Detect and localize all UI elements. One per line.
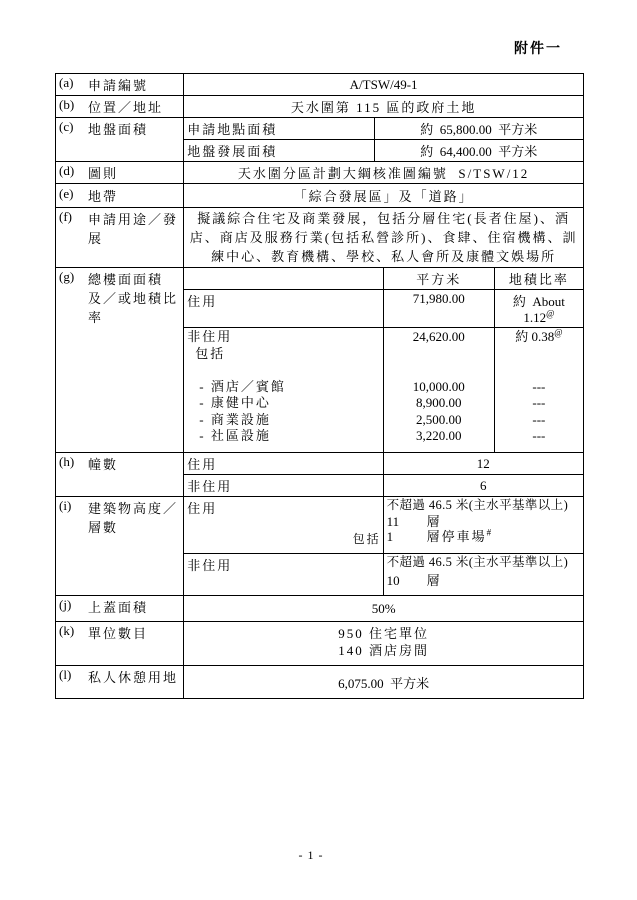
height-nondomestic-limit: 不超過 46.5 米(主水平基準以上) bbox=[387, 555, 580, 571]
row-j: (j)上蓋面積 50% bbox=[56, 596, 584, 622]
row-f-label-cell: (f)申請用途／發展 bbox=[56, 208, 184, 268]
row-label: 建築物高度／層數 bbox=[88, 498, 178, 536]
row-label: 總樓面面積及／或地積比率 bbox=[88, 269, 180, 326]
site-location: 天水圍第 115 區的政府土地 bbox=[184, 96, 584, 118]
row-key: (b) bbox=[59, 97, 88, 113]
gfa-plot-ratio-column-header: 地積比率 bbox=[494, 268, 583, 290]
annex-title: 附件一 bbox=[514, 38, 562, 58]
page-number: - 1 - bbox=[0, 848, 622, 863]
row-d: (d)圖則 天水圍分區計劃大綱核准圖編號 S/TSW/12 bbox=[56, 162, 584, 184]
row-c-label-cell: (c)地盤面積 bbox=[56, 118, 184, 162]
gfa-item-area: 2,500.00 bbox=[387, 412, 491, 429]
row-label: 單位數目 bbox=[88, 623, 148, 642]
gfa-item-plot-ratio: --- bbox=[498, 395, 580, 412]
gfa-nondomestic-label: 非住用 bbox=[187, 329, 379, 346]
height-domestic-label-cell: 住用 包括 bbox=[184, 497, 383, 554]
application-site-area-value: 約 65,800.00 平方米 bbox=[374, 118, 583, 140]
plan-reference: 天水圍分區計劃大綱核准圖編號 S/TSW/12 bbox=[184, 162, 584, 184]
row-label: 上蓋面積 bbox=[88, 597, 148, 616]
row-key: (l) bbox=[59, 667, 88, 683]
row-a-label-cell: (a)申請編號 bbox=[56, 74, 184, 96]
at-superscript: @ bbox=[554, 328, 562, 338]
including-label: 包括 bbox=[353, 530, 381, 547]
blocks-domestic-count: 12 bbox=[383, 453, 583, 475]
height-nondomestic-label: 非住用 bbox=[184, 554, 383, 596]
at-superscript: @ bbox=[546, 309, 554, 319]
unit-counts: 950 住宅單位 140 酒店房間 bbox=[184, 622, 584, 666]
row-key: (c) bbox=[59, 119, 88, 135]
proposed-use-line: 練中心、教育機構、學校、私人會所及康體文娛場所 bbox=[187, 247, 580, 266]
row-a: (a)申請編號 A/TSW/49-1 bbox=[56, 74, 584, 96]
height-domestic-carpark: 1層停車場# bbox=[387, 529, 580, 545]
row-e-label-cell: (e)地帶 bbox=[56, 184, 184, 208]
gfa-item-label: - 酒店／賓館 bbox=[187, 379, 379, 396]
row-label: 申請用途／發展 bbox=[88, 209, 180, 247]
row-e: (e)地帶 「綜合發展區」及「道路」 bbox=[56, 184, 584, 208]
including-label: 包括 bbox=[187, 346, 379, 363]
row-h-domestic: (h)幢數 住用 12 bbox=[56, 453, 584, 475]
site-development-area-label: 地盤發展面積 bbox=[184, 140, 374, 162]
row-key: (d) bbox=[59, 163, 88, 179]
gfa-item-plot-ratio: --- bbox=[498, 379, 580, 396]
row-label: 圖則 bbox=[88, 163, 118, 182]
row-label: 幢數 bbox=[88, 454, 118, 473]
height-domestic-storeys: 11層 bbox=[387, 514, 580, 530]
proposed-use-line: 擬議綜合住宅及商業發展，包括分層住宅(長者住屋)、酒 bbox=[187, 209, 580, 228]
gfa-domestic-area: 71,980.00 bbox=[383, 290, 494, 328]
gfa-item-area: 10,000.00 bbox=[387, 379, 491, 396]
gfa-item-area: 3,220.00 bbox=[387, 428, 491, 445]
private-open-space-value: 6,075.00 平方米 bbox=[184, 666, 584, 699]
row-j-label-cell: (j)上蓋面積 bbox=[56, 596, 184, 622]
row-key: (h) bbox=[59, 454, 88, 470]
row-i-label-cell: (i)建築物高度／層數 bbox=[56, 497, 184, 596]
gfa-item-plot-ratio: --- bbox=[498, 428, 580, 445]
site-coverage-value: 50% bbox=[184, 596, 584, 622]
flat-count: 950 住宅單位 bbox=[187, 623, 580, 642]
row-label: 地盤面積 bbox=[88, 119, 148, 138]
gfa-item-plot-ratio: --- bbox=[498, 412, 580, 429]
gfa-nondomestic-plot-ratio: 約 0.38@ bbox=[498, 329, 580, 346]
blocks-nondomestic-count: 6 bbox=[383, 475, 583, 497]
application-number: A/TSW/49-1 bbox=[184, 74, 584, 96]
row-f: (f)申請用途／發展 擬議綜合住宅及商業發展，包括分層住宅(長者住屋)、酒 店、… bbox=[56, 208, 584, 268]
row-label: 私人休憩用地 bbox=[88, 667, 178, 686]
row-k-label-cell: (k)單位數目 bbox=[56, 622, 184, 666]
gfa-blank-header bbox=[184, 268, 383, 290]
row-key: (g) bbox=[59, 269, 88, 285]
row-l: (l)私人休憩用地 6,075.00 平方米 bbox=[56, 666, 584, 699]
row-label: 地帶 bbox=[88, 186, 118, 205]
gfa-item-label: - 康健中心 bbox=[187, 395, 379, 412]
row-g-label-cell: (g)總樓面面積及／或地積比率 bbox=[56, 268, 184, 453]
site-development-area-value: 約 64,400.00 平方米 bbox=[374, 140, 583, 162]
row-key: (e) bbox=[59, 186, 88, 202]
gfa-domestic-label: 住用 bbox=[184, 290, 383, 328]
gfa-domestic-plot-ratio: 約 About 1.12@ bbox=[494, 290, 583, 328]
gfa-nondomestic-plot-ratios: 約 0.38@ --- --- --- --- bbox=[494, 328, 583, 453]
blocks-domestic-label: 住用 bbox=[184, 453, 383, 475]
height-nondomestic-storeys: 10層 bbox=[387, 571, 580, 590]
height-domestic-label: 住用 bbox=[187, 501, 217, 516]
row-i-domestic: (i)建築物高度／層數 住用 包括 不超過 46.5 米(主水平基準以上) 11… bbox=[56, 497, 584, 554]
gfa-item-label: - 社區設施 bbox=[187, 428, 379, 445]
application-site-area-label: 申請地點面積 bbox=[184, 118, 374, 140]
gfa-item-area: 8,900.00 bbox=[387, 395, 491, 412]
gfa-nondomestic-areas: 24,620.00 10,000.00 8,900.00 2,500.00 3,… bbox=[383, 328, 494, 453]
row-key: (f) bbox=[59, 209, 88, 225]
row-label: 位置／地址 bbox=[88, 97, 163, 116]
height-nondomestic-value: 不超過 46.5 米(主水平基準以上) 10層 bbox=[383, 554, 583, 596]
row-d-label-cell: (d)圖則 bbox=[56, 162, 184, 184]
hotel-room-count: 140 酒店房間 bbox=[187, 642, 580, 659]
row-l-label-cell: (l)私人休憩用地 bbox=[56, 666, 184, 699]
row-c-sub1: (c)地盤面積 申請地點面積 約 65,800.00 平方米 bbox=[56, 118, 584, 140]
application-details-table: (a)申請編號 A/TSW/49-1 (b)位置／地址 天水圍第 115 區的政… bbox=[55, 73, 584, 699]
row-label: 申請編號 bbox=[88, 75, 148, 94]
gfa-nondomestic-area: 24,620.00 bbox=[387, 329, 491, 346]
hash-superscript: # bbox=[487, 528, 492, 538]
row-h-label-cell: (h)幢數 bbox=[56, 453, 184, 497]
proposed-use: 擬議綜合住宅及商業發展，包括分層住宅(長者住屋)、酒 店、商店及服務行業(包括私… bbox=[184, 208, 584, 268]
row-key: (i) bbox=[59, 498, 88, 514]
row-b: (b)位置／地址 天水圍第 115 區的政府土地 bbox=[56, 96, 584, 118]
gfa-nondomestic-labels: 非住用 包括 - 酒店／賓館 - 康健中心 - 商業設施 - 社區設施 bbox=[184, 328, 383, 453]
gfa-area-column-header: 平方米 bbox=[383, 268, 494, 290]
row-g-header: (g)總樓面面積及／或地積比率 平方米 地積比率 bbox=[56, 268, 584, 290]
zoning: 「綜合發展區」及「道路」 bbox=[184, 184, 584, 208]
row-k: (k)單位數目 950 住宅單位 140 酒店房間 bbox=[56, 622, 584, 666]
blocks-nondomestic-label: 非住用 bbox=[184, 475, 383, 497]
gfa-item-label: - 商業設施 bbox=[187, 412, 379, 429]
height-domestic-limit: 不超過 46.5 米(主水平基準以上) bbox=[387, 498, 580, 514]
row-b-label-cell: (b)位置／地址 bbox=[56, 96, 184, 118]
row-key: (k) bbox=[59, 623, 88, 639]
proposed-use-line: 店、商店及服務行業(包括私營診所)、食肆、住宿機構、訓 bbox=[187, 228, 580, 247]
height-domestic-value: 不超過 46.5 米(主水平基準以上) 11層 1層停車場# bbox=[383, 497, 583, 554]
row-key: (a) bbox=[59, 75, 88, 91]
row-key: (j) bbox=[59, 597, 88, 613]
